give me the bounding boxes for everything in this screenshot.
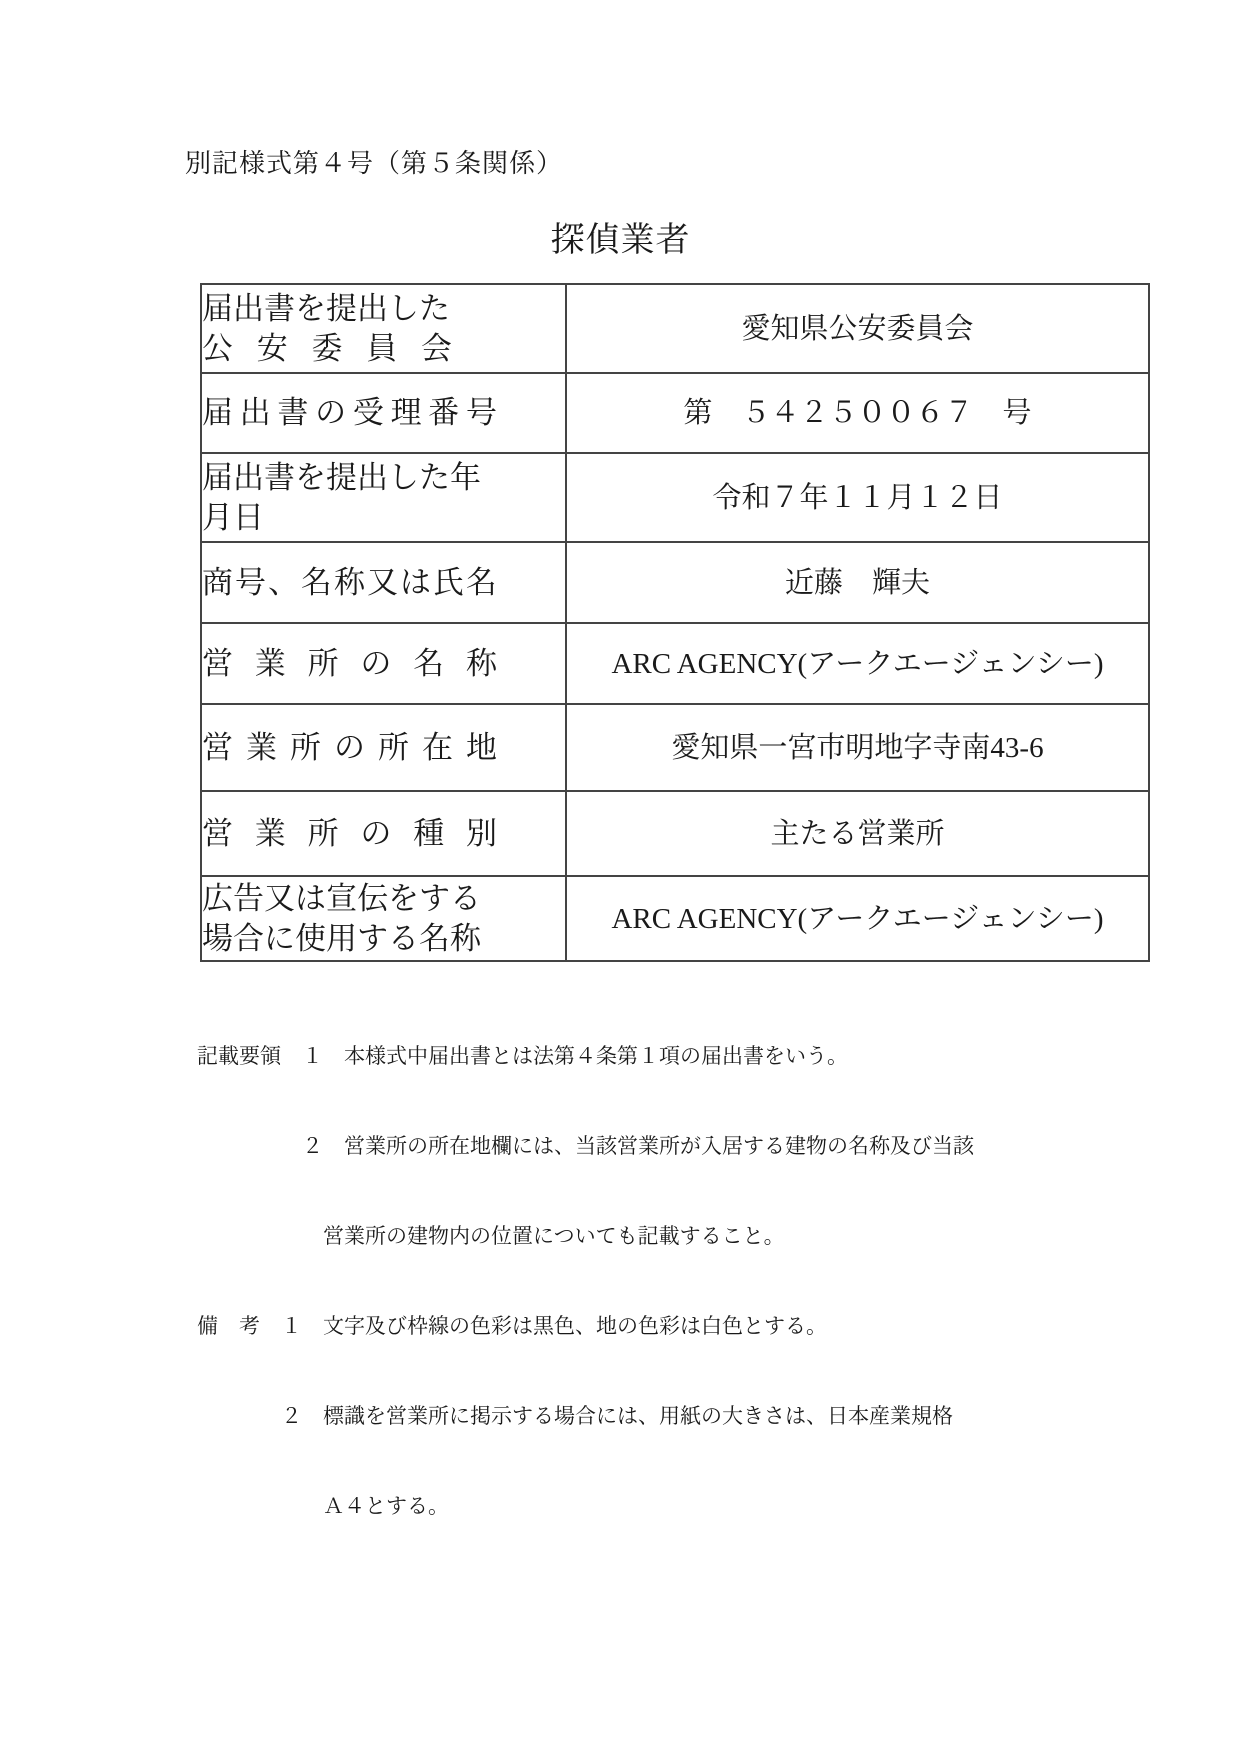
row-value: 近藤 輝夫 [566, 542, 1149, 623]
value-text: 近藤 輝夫 [785, 567, 930, 599]
note-line: ２ 営業所の所在地欄には、当該営業所が入居する建物の名称及び当該 [197, 1132, 974, 1162]
row-value: 愛知県公安委員会 [566, 284, 1149, 373]
row-label: 商号、名称又は氏名 [201, 542, 566, 623]
form-reference: 別記様式第４号（第５条関係） [185, 150, 563, 179]
row-office-name: 営業所の名称 ARC AGENCY(アークエージェンシー) [201, 623, 1149, 704]
row-office-address: 営業所の所在地 愛知県一宮市明地字寺南43-6 [201, 704, 1149, 791]
row-value: 主たる営業所 [566, 791, 1149, 876]
label-text: 公安委員会 [202, 329, 452, 369]
row-label: 営業所の種別 [201, 791, 566, 876]
label-text: 場合に使用する名称 [202, 921, 481, 956]
label-line: 広告又は宣伝をする [202, 879, 565, 919]
note-line: 営業所の建物内の位置についても記載すること。 [197, 1222, 974, 1252]
row-label: 届出書を提出した 公安委員会 [201, 284, 566, 373]
label-text: 届出書を提出した [202, 291, 450, 326]
row-label: 広告又は宣伝をする 場合に使用する名称 [201, 876, 566, 961]
row-label: 営業所の名称 [201, 623, 566, 704]
label-line: 営業所の種別 [202, 814, 565, 854]
label-line: 届出書を提出した [202, 289, 565, 329]
label-line: 商号、名称又は氏名 [202, 563, 565, 603]
document-page: 別記様式第４号（第５条関係） 探偵業者 届出書を提出した 公安委員会 愛知県公安… [0, 0, 1241, 1755]
registration-table: 届出書を提出した 公安委員会 愛知県公安委員会 届出書の受理番号 第 ５４２５０… [200, 283, 1150, 962]
row-value: 令和７年１１月１２日 [566, 453, 1149, 542]
row-advertising-name: 広告又は宣伝をする 場合に使用する名称 ARC AGENCY(アークエージェンシ… [201, 876, 1149, 961]
row-trade-name: 商号、名称又は氏名 近藤 輝夫 [201, 542, 1149, 623]
value-text: 第 ５４２５００６７ 号 [683, 397, 1031, 429]
label-line: 届出書の受理番号 [202, 393, 565, 433]
label-text: 届出書を提出した年 [202, 460, 481, 495]
row-label: 届出書の受理番号 [201, 373, 566, 453]
label-text: 商号、名称又は氏名 [202, 563, 497, 603]
label-text: 営業所の名称 [202, 644, 497, 684]
value-text: 令和７年１１月１２日 [712, 482, 1002, 514]
label-line: 届出書を提出した年 [202, 458, 565, 498]
row-value: ARC AGENCY(アークエージェンシー) [566, 623, 1149, 704]
page-title: 探偵業者 [0, 212, 1241, 261]
note-line: 記載要領 １ 本様式中届出書とは法第４条第１項の届出書をいう。 [197, 1042, 974, 1072]
row-value: 第 ５４２５００６７ 号 [566, 373, 1149, 453]
row-label: 届出書を提出した年 月日 [201, 453, 566, 542]
label-text: 広告又は宣伝をする [202, 881, 481, 916]
value-text: 主たる営業所 [770, 818, 944, 850]
row-submission-date: 届出書を提出した年 月日 令和７年１１月１２日 [201, 453, 1149, 542]
page: { "page": { "form_ref": "別記様式第４号（第５条関係）"… [0, 0, 1241, 1755]
label-line: 営業所の所在地 [202, 728, 565, 768]
label-line: 公安委員会 [202, 329, 565, 369]
label-line: 営業所の名称 [202, 644, 565, 684]
value-text: ARC AGENCY(アークエージェンシー) [611, 903, 1103, 935]
footnotes: 記載要領 １ 本様式中届出書とは法第４条第１項の届出書をいう。 ２ 営業所の所在… [197, 982, 974, 1582]
row-label: 営業所の所在地 [201, 704, 566, 791]
note-line: 備 考 １ 文字及び枠線の色彩は黒色、地の色彩は白色とする。 [197, 1312, 974, 1342]
row-receipt-number: 届出書の受理番号 第 ５４２５００６７ 号 [201, 373, 1149, 453]
label-line: 月日 [202, 498, 565, 538]
row-value: 愛知県一宮市明地字寺南43-6 [566, 704, 1149, 791]
value-text: ARC AGENCY(アークエージェンシー) [611, 648, 1103, 680]
label-line: 場合に使用する名称 [202, 919, 565, 959]
row-value: ARC AGENCY(アークエージェンシー) [566, 876, 1149, 961]
value-text: 愛知県一宮市明地字寺南43-6 [671, 732, 1043, 764]
note-line: Ａ４とする。 [197, 1492, 974, 1522]
label-text: 届出書の受理番号 [202, 393, 497, 433]
row-public-safety-commission: 届出書を提出した 公安委員会 愛知県公安委員会 [201, 284, 1149, 373]
note-line: ２ 標識を営業所に掲示する場合には、用紙の大きさは、日本産業規格 [197, 1402, 974, 1432]
label-text: 営業所の種別 [202, 814, 497, 854]
value-text: 愛知県公安委員会 [741, 313, 973, 345]
label-text: 月日 [202, 500, 264, 535]
registration-table-body: 届出書を提出した 公安委員会 愛知県公安委員会 届出書の受理番号 第 ５４２５０… [201, 284, 1149, 961]
label-text: 営業所の所在地 [202, 728, 497, 768]
row-office-type: 営業所の種別 主たる営業所 [201, 791, 1149, 876]
